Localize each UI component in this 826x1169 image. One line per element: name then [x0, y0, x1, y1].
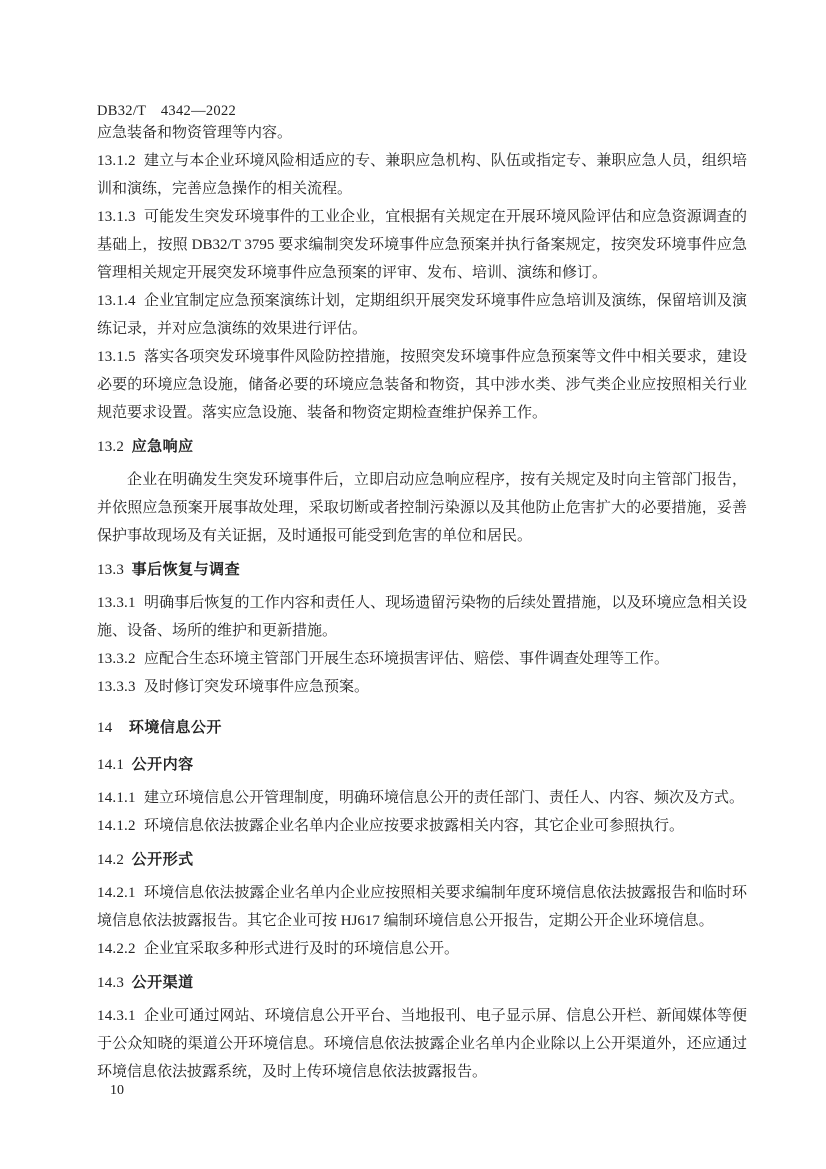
- clause-13.3.3: 13.3.3及时修订突发环境事件应急预案。: [97, 673, 747, 701]
- clause-text: 建立环境信息公开管理制度，明确环境信息公开的责任部门、责任人、内容、频次及方式。: [144, 790, 744, 806]
- clause-number: 14.3.1: [97, 1008, 136, 1024]
- clause-number: 13.1.2: [97, 153, 136, 169]
- clause-14.1.2: 14.1.2环境信息依法披露企业名单内企业应按要求披露相关内容，其它企业可参照执…: [97, 812, 747, 840]
- clause-text: 环境信息依法披露企业名单内企业应按要求披露相关内容，其它企业可参照执行。: [144, 818, 684, 834]
- heading-number: 14.2: [97, 852, 124, 868]
- clause-number: 13.3.1: [97, 595, 136, 611]
- section-heading-14.3: 14.3公开渠道: [97, 969, 747, 997]
- clause-14.1.1: 14.1.1建立环境信息公开管理制度，明确环境信息公开的责任部门、责任人、内容、…: [97, 784, 747, 812]
- heading-title: 公开渠道: [132, 974, 194, 991]
- clause-number: 13.1.4: [97, 293, 136, 309]
- clause-text: 建立与本企业环境风险相适应的专、兼职应急机构、队伍或指定专、兼职应急人员，组织培…: [97, 153, 747, 197]
- section-heading-13.2: 13.2应急响应: [97, 433, 747, 461]
- clause-number: 13.3.2: [97, 651, 136, 667]
- clause-14.2.1: 14.2.1环境信息依法披露企业名单内企业应按照相关要求编制年度环境信息依法披露…: [97, 879, 747, 935]
- clause-number: 14.2.2: [97, 941, 136, 957]
- clause-14.2.2: 14.2.2企业宜采取多种形式进行及时的环境信息公开。: [97, 935, 747, 963]
- document-page: DB32/T 4342—2022 应急装备和物资管理等内容。13.1.2建立与本…: [0, 0, 826, 1169]
- chapter-heading-14: 14环境信息公开: [97, 714, 747, 742]
- paragraph: 应急装备和物资管理等内容。: [97, 119, 747, 147]
- clause-text: 企业宜制定应急预案演练计划，定期组织开展突发环境事件应急培训及演练，保留培训及演…: [97, 293, 747, 337]
- heading-title: 事后恢复与调查: [132, 561, 241, 578]
- clause-number: 14.1.2: [97, 818, 136, 834]
- clause-text: 落实各项突发环境事件风险防控措施，按照突发环境事件应急预案等文件中相关要求，建设…: [97, 349, 747, 421]
- clause-13.3.1: 13.3.1明确事后恢复的工作内容和责任人、现场遗留污染物的后续处置措施，以及环…: [97, 589, 747, 645]
- clause-number: 14.2.1: [97, 885, 136, 901]
- clause-13.1.5: 13.1.5落实各项突发环境事件风险防控措施，按照突发环境事件应急预案等文件中相…: [97, 343, 747, 427]
- clause-text: 明确事后恢复的工作内容和责任人、现场遗留污染物的后续处置措施，以及环境应急相关设…: [97, 595, 747, 639]
- clause-13.1.4: 13.1.4企业宜制定应急预案演练计划，定期组织开展突发环境事件应急培训及演练，…: [97, 287, 747, 343]
- heading-number: 14.1: [97, 757, 124, 773]
- clause-text: 应配合生态环境主管部门开展生态环境损害评估、赔偿、事件调查处理等工作。: [144, 651, 669, 667]
- section-heading-14.2: 14.2公开形式: [97, 846, 747, 874]
- clause-13.3.2: 13.3.2应配合生态环境主管部门开展生态环境损害评估、赔偿、事件调查处理等工作…: [97, 645, 747, 673]
- clause-number: 14.1.1: [97, 790, 136, 806]
- section-heading-14.1: 14.1公开内容: [97, 751, 747, 779]
- clause-13.1.3: 13.1.3可能发生突发环境事件的工业企业，宜根据有关规定在开展环境风险评估和应…: [97, 203, 747, 287]
- section-heading-13.3: 13.3事后恢复与调查: [97, 556, 747, 584]
- clause-text: 可能发生突发环境事件的工业企业，宜根据有关规定在开展环境风险评估和应急资源调查的…: [97, 209, 747, 281]
- clause-text: 企业可通过网站、环境信息公开平台、当地报刊、电子显示屏、信息公开栏、新闻媒体等便…: [97, 1008, 747, 1080]
- page-number: 10: [110, 1081, 124, 1101]
- clause-13.1.2: 13.1.2建立与本企业环境风险相适应的专、兼职应急机构、队伍或指定专、兼职应急…: [97, 147, 747, 203]
- clause-number: 13.3.3: [97, 679, 136, 695]
- heading-number: 13.2: [97, 439, 124, 455]
- clause-14.3.1: 14.3.1企业可通过网站、环境信息公开平台、当地报刊、电子显示屏、信息公开栏、…: [97, 1002, 747, 1086]
- clause-number: 13.1.5: [97, 349, 136, 365]
- clause-text: 企业在明确发生突发环境事件后，立即启动应急响应程序，按有关规定及时向主管部门报告…: [97, 472, 747, 544]
- doc-code-header: DB32/T 4342—2022: [97, 101, 236, 121]
- heading-number: 14: [97, 720, 112, 736]
- clause-text: 企业宜采取多种形式进行及时的环境信息公开。: [144, 941, 459, 957]
- heading-title: 公开形式: [132, 851, 194, 868]
- heading-title: 环境信息公开: [129, 719, 222, 736]
- clause-text: 及时修订突发环境事件应急预案。: [144, 679, 369, 695]
- heading-number: 13.3: [97, 562, 124, 578]
- document-body: 应急装备和物资管理等内容。13.1.2建立与本企业环境风险相适应的专、兼职应急机…: [97, 119, 747, 1086]
- clause-text: 应急装备和物资管理等内容。: [97, 125, 292, 141]
- clause-number: 13.1.3: [97, 209, 136, 225]
- paragraph: 企业在明确发生突发环境事件后，立即启动应急响应程序，按有关规定及时向主管部门报告…: [97, 466, 747, 550]
- clause-text: 环境信息依法披露企业名单内企业应按照相关要求编制年度环境信息依法披露报告和临时环…: [97, 885, 747, 929]
- heading-title: 应急响应: [132, 438, 194, 455]
- heading-title: 公开内容: [132, 756, 194, 773]
- heading-number: 14.3: [97, 975, 124, 991]
